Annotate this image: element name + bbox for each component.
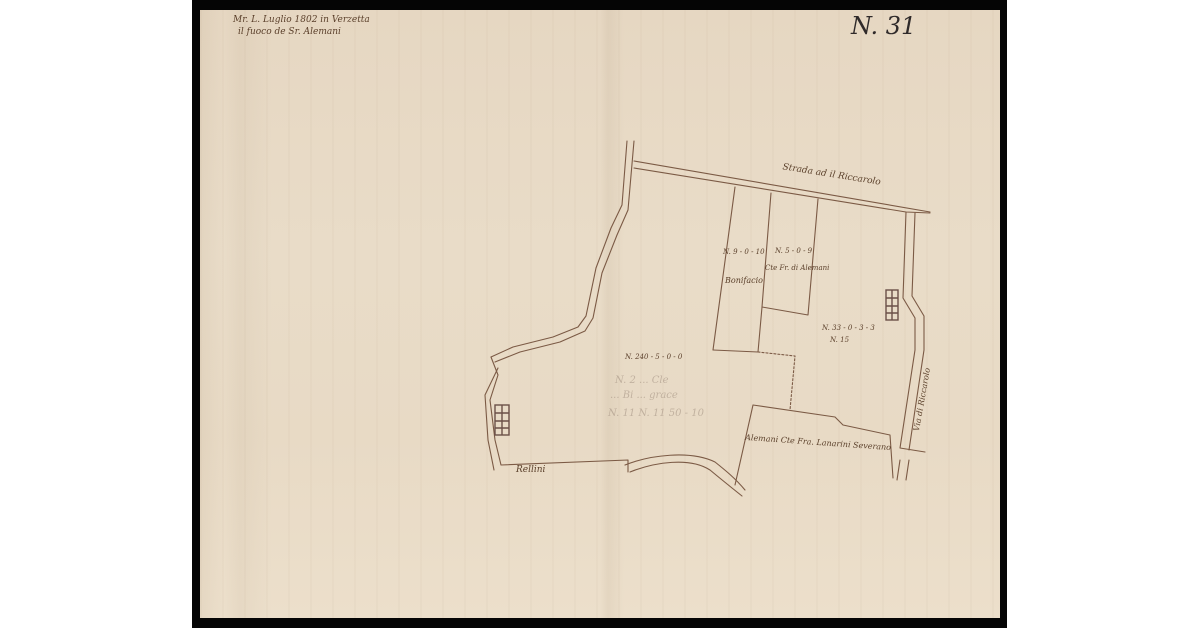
parcel-2-owner: Cte Fr. di Alemani [765,264,829,272]
map-drawing [200,10,1000,618]
parcel-1-area: N. 9 - 0 - 10 [723,248,765,256]
parcel-4-area: N. 240 - 5 - 0 - 0 [625,353,682,361]
header-note-line1: Mr. L. Luglio 1802 in Verzetta [233,15,370,25]
pencil-note-1: N. 2 ... Cle [615,375,669,386]
parcel-1-owner: Bonifacio [725,276,763,285]
pencil-note-3: N. 11 N. 11 50 - 10 [608,408,704,419]
sheet-number: N. 31 [851,12,916,40]
header-note-line2: il fuoco de Sr. Alemani [238,27,341,37]
pencil-note-2: ... Bi ... grace [610,390,678,401]
parcel-2-area: N. 5 - 0 - 9 [775,247,812,255]
map-sheet: Mr. L. Luglio 1802 in Verzetta il fuoco … [200,10,1000,618]
parcel-3-note: N. 15 [830,336,849,344]
bottom-left-label: Rellini [516,465,545,475]
parcel-3-area: N. 33 - 0 - 3 - 3 [822,324,875,332]
